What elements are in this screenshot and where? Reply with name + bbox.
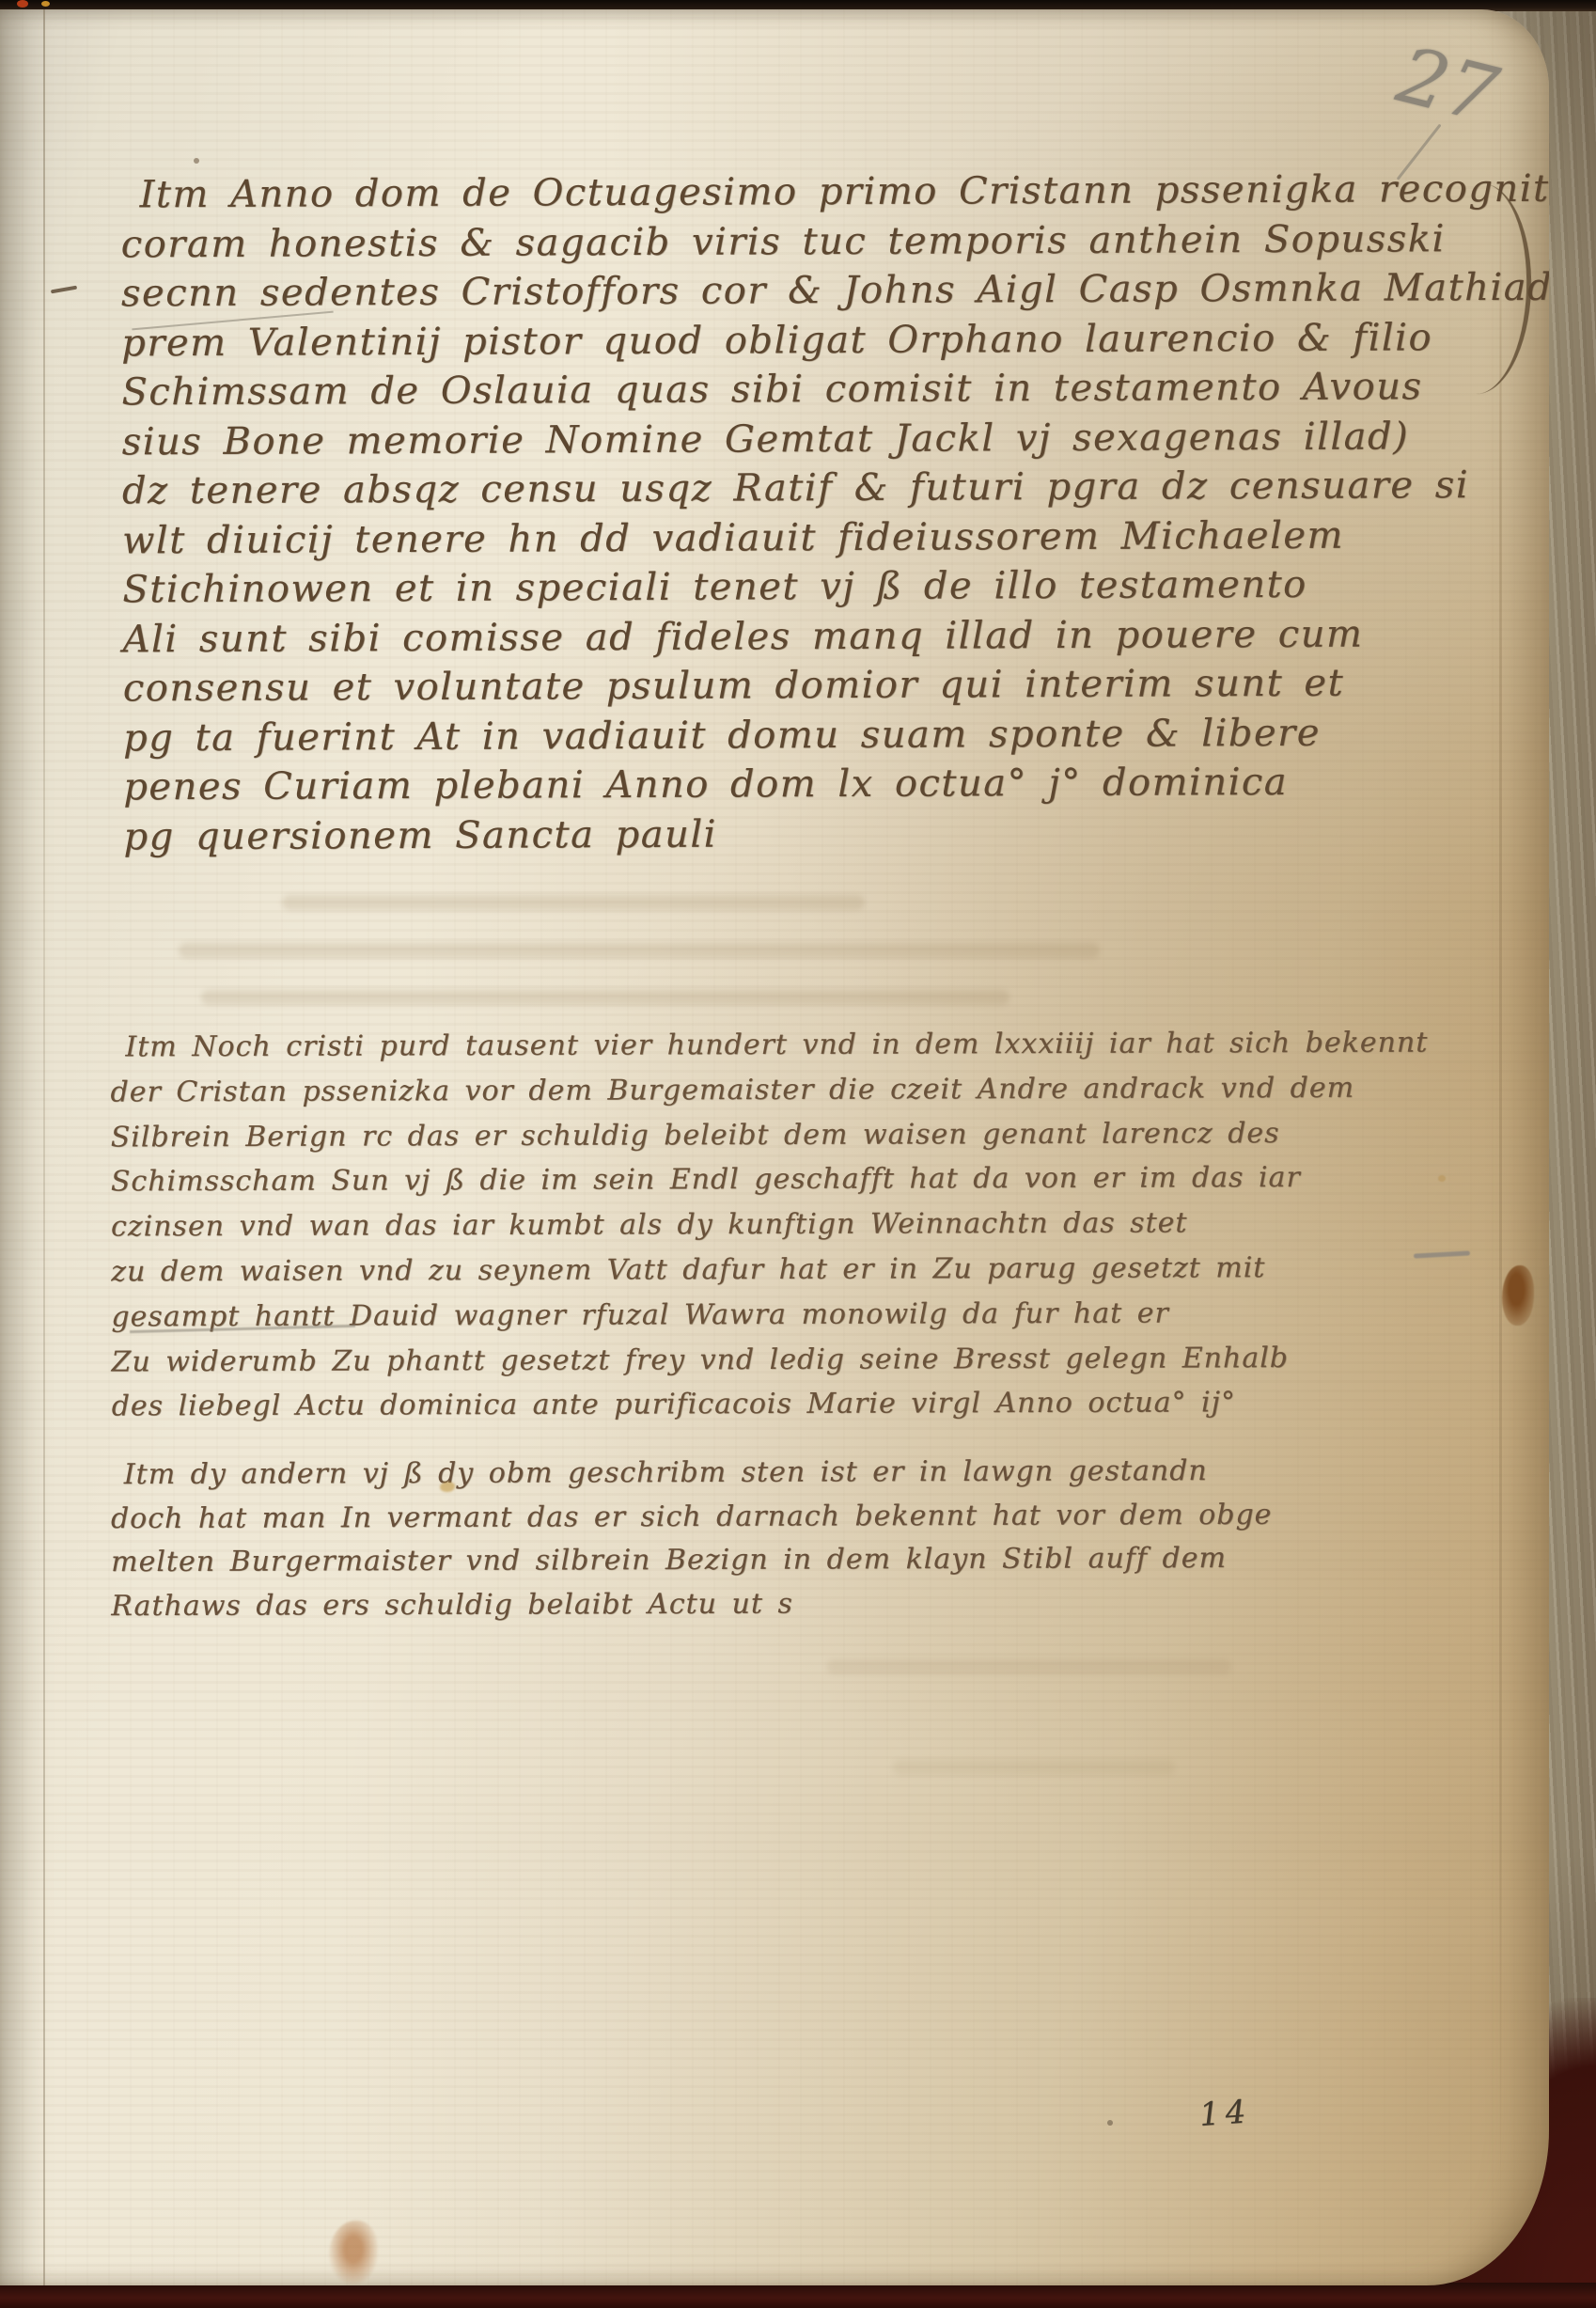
manuscript-line: coram honestis & sagacib viris tuc tempo… bbox=[121, 213, 1549, 269]
manuscript-line: pg ta fuerint At in vadiauit domu suam s… bbox=[123, 707, 1549, 762]
manuscript-line: wlt diuicij tenere hn dd vadiauit fideiu… bbox=[122, 510, 1549, 565]
manuscript-line: czinsen vnd wan das iar kumbt als dy kun… bbox=[111, 1201, 1429, 1250]
manuscript-page: 27 Itm Anno dom de Octuagesimo primo Cri… bbox=[0, 9, 1549, 2285]
manuscript-line: pg quersionem Sancta pauli bbox=[123, 806, 1549, 861]
gutter-crease bbox=[43, 9, 45, 2285]
manuscript-line: gesampt hantt Dauid wagner rfuzal Wawra … bbox=[111, 1290, 1429, 1340]
entry-1484-german: Itm Noch cristi purd tausent vier hunder… bbox=[110, 1021, 1429, 1430]
page-number-pencil-value: 27 bbox=[1389, 31, 1506, 141]
rust-stain bbox=[329, 2221, 378, 2284]
manuscript-line: Itm Noch cristi purd tausent vier hunder… bbox=[110, 1021, 1428, 1071]
manuscript-line: Silbrein Berign rc das er schuldig belei… bbox=[111, 1110, 1429, 1160]
manuscript-line: Stichinowen et in speciali tenet vj ß de… bbox=[122, 559, 1549, 615]
manuscript-line: zu dem waisen vnd zu seynem Vatt dafur h… bbox=[111, 1246, 1429, 1295]
ink-bleed-through bbox=[201, 990, 1009, 1005]
manuscript-line: dz tenere absqz censu usqz Ratif & futur… bbox=[122, 461, 1549, 516]
manuscript-line: doch hat man In vermant das er sich darn… bbox=[111, 1493, 1273, 1541]
ink-bleed-through bbox=[827, 1659, 1231, 1674]
ink-bleed-through bbox=[893, 1760, 1175, 1775]
entry-addendum-german: Itm dy andern vj ß dy obm geschribm sten… bbox=[111, 1450, 1273, 1628]
margin-dash bbox=[51, 286, 77, 294]
manuscript-line: Schimssam de Oslauia quas sibi comisit i… bbox=[121, 362, 1549, 417]
manuscript-line: Itm Anno dom de Octuagesimo primo Crista… bbox=[120, 165, 1549, 220]
manuscript-line: secnn sedentes Cristoffors cor & Johns A… bbox=[121, 263, 1549, 319]
entry-1481-latin: Itm Anno dom de Octuagesimo primo Crista… bbox=[120, 165, 1549, 862]
stain-fleck bbox=[1438, 1175, 1446, 1182]
manuscript-line: der Cristan pssenizka vor dem Burgemaist… bbox=[110, 1065, 1428, 1115]
book-cover-bottom-edge bbox=[0, 2283, 1596, 2308]
manuscript-line: sius Bone memorie Nomine Gemtat Jackl vj… bbox=[122, 411, 1549, 466]
yellow-spot bbox=[440, 1482, 455, 1492]
manuscript-line: Schimsscham Sun vj ß die im sein Endl ge… bbox=[111, 1155, 1429, 1205]
binding-speck bbox=[41, 1, 50, 7]
page-number-pencil: 27 bbox=[1389, 31, 1506, 141]
manuscript-line: Itm dy andern vj ß dy obm geschribm sten… bbox=[111, 1450, 1273, 1498]
manuscript-line: consensu et voluntate psulum domior qui … bbox=[123, 658, 1549, 714]
rust-stain bbox=[1502, 1265, 1534, 1326]
manuscript-line: Rathaws das ers schuldig belaibt Actu ut… bbox=[111, 1580, 1273, 1628]
manuscript-line: Zu widerumb Zu phantt gesetzt frey vnd l… bbox=[111, 1335, 1429, 1385]
manuscript-line: des liebegl Actu dominica ante purificac… bbox=[112, 1380, 1430, 1430]
ink-fleck bbox=[194, 158, 199, 164]
ink-bleed-through bbox=[282, 895, 865, 910]
manuscript-line: Ali sunt sibi comisse ad fideles manq il… bbox=[122, 608, 1549, 664]
binding-speck bbox=[17, 0, 28, 8]
manuscript-line: melten Burgermaister vnd silbrein Bezign… bbox=[111, 1537, 1273, 1585]
manuscript-line: prem Valentinij pistor quod obligat Orph… bbox=[121, 312, 1549, 368]
ink-bleed-through bbox=[179, 943, 1100, 958]
manuscript-line: penes Curiam plebani Anno dom lx octua° … bbox=[123, 757, 1549, 812]
folio-number-ink: 14 bbox=[1198, 2093, 1253, 2134]
ink-fleck bbox=[1107, 2120, 1113, 2126]
manuscript-photo: 27 Itm Anno dom de Octuagesimo primo Cri… bbox=[0, 0, 1596, 2308]
